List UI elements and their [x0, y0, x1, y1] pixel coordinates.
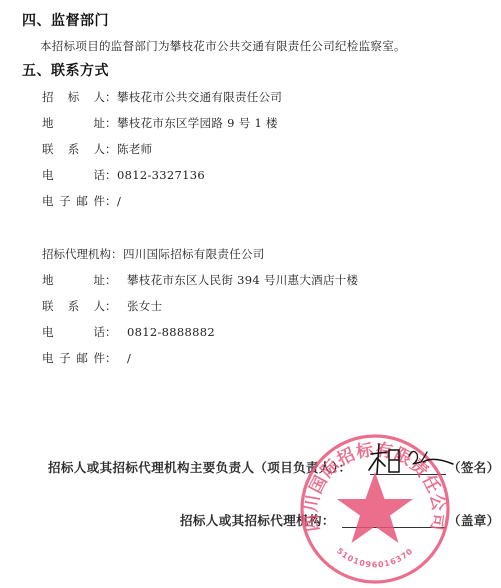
- colon: ：: [105, 272, 127, 288]
- tenderer-email-label: 电子邮件: [42, 193, 105, 209]
- colon: ：: [105, 167, 117, 183]
- tenderer-address-row: 地址 ： 攀枝花市东区学园路 9 号 1 楼: [42, 115, 278, 131]
- tenderer-name-label: 招标人: [42, 89, 105, 105]
- agency-contact-value: 张女士: [127, 298, 162, 314]
- org-seal-line: [342, 527, 446, 528]
- section-4-body: 本招标项目的监督部门为攀枝花市公共交通有限责任公司纪检监察室。: [40, 38, 406, 54]
- principal-signature-line: [370, 474, 446, 475]
- tenderer-name-value: 攀枝花市公共交通有限责任公司: [117, 89, 282, 105]
- agency-contact-label: 联系人: [42, 298, 105, 314]
- colon: ：: [105, 141, 117, 157]
- tenderer-contact-row: 联系人 ： 陈老师: [42, 141, 152, 157]
- agency-address-label: 地址: [42, 272, 105, 288]
- section-4-heading: 四、监督部门: [22, 10, 109, 30]
- colon: ：: [105, 115, 117, 131]
- agency-address-value: 攀枝花市东区人民街 394 号川惠大酒店十楼: [127, 272, 358, 288]
- agency-contact-row: 联系人 ： 张女士: [42, 298, 162, 314]
- agency-phone-label: 电话: [42, 324, 105, 340]
- colon: ：: [105, 350, 127, 366]
- tenderer-address-label: 地址: [42, 115, 105, 131]
- tenderer-contact-label: 联系人: [42, 141, 105, 157]
- org-seal-label: 招标人或其招标代理机构：: [180, 511, 335, 529]
- tenderer-phone-row: 电话 ： 0812-3327136: [42, 167, 205, 183]
- tenderer-address-value: 攀枝花市东区学园路 9 号 1 楼: [117, 115, 278, 131]
- agency-email-value: /: [127, 351, 131, 365]
- official-seal-stamp: 四川国际招标有限责任公司 5101096016370: [298, 432, 452, 586]
- org-seal-suffix: （盖章）: [448, 511, 500, 529]
- agency-phone-value: 0812-8888882: [127, 325, 215, 339]
- agency-email-row: 电子邮件 ： /: [42, 350, 131, 366]
- section-5-heading: 五、联系方式: [22, 60, 109, 80]
- agency-name-row: 招标代理机构 ： 四川国际招标有限责任公司: [42, 246, 265, 262]
- tenderer-phone-label: 电话: [42, 167, 105, 183]
- tenderer-phone-value: 0812-3327136: [117, 168, 205, 182]
- seal-serial-number: 5101096016370: [335, 546, 415, 569]
- agency-name-value: 四川国际招标有限责任公司: [123, 246, 265, 262]
- agency-email-label: 电子邮件: [42, 350, 105, 366]
- agency-phone-row: 电话 ： 0812-8888882: [42, 324, 215, 340]
- agency-address-row: 地址 ： 攀枝花市东区人民街 394 号川惠大酒店十楼: [42, 272, 358, 288]
- colon: ：: [105, 324, 127, 340]
- star-icon: [337, 472, 413, 543]
- colon: ：: [105, 298, 127, 314]
- tenderer-name-row: 招标人 ： 攀枝花市公共交通有限责任公司: [42, 89, 282, 105]
- principal-signature-label: 招标人或其招标代理机构主要负责人（项目负责人）：: [48, 458, 351, 476]
- tenderer-email-value: /: [117, 194, 121, 208]
- principal-signature-suffix: （签名）: [448, 458, 500, 476]
- colon: ：: [111, 246, 123, 262]
- tenderer-email-row: 电子邮件 ： /: [42, 193, 121, 209]
- colon: ：: [105, 89, 117, 105]
- colon: ：: [105, 193, 117, 209]
- agency-name-label: 招标代理机构: [42, 246, 111, 262]
- tenderer-contact-value: 陈老师: [117, 141, 152, 157]
